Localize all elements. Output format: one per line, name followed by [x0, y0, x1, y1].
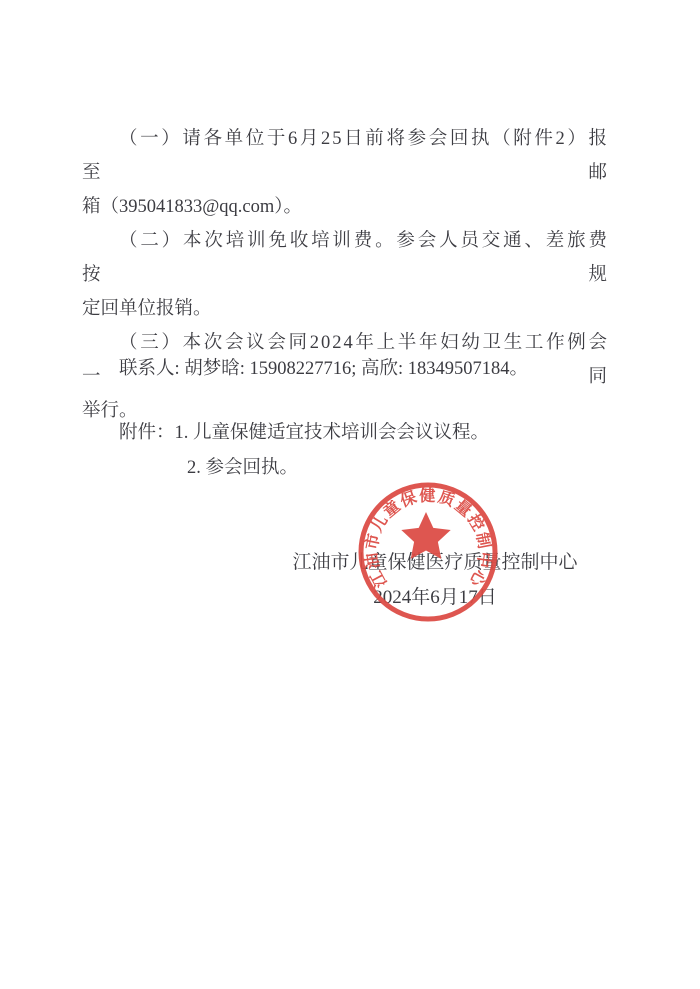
paragraph-2-line-2: 定回单位报销。: [82, 292, 609, 326]
seal-ring: [361, 485, 495, 619]
paragraph-2-line-1: （二）本次培训免收培训费。参会人员交通、差旅费按规: [82, 224, 609, 292]
contact-line: 联系人: 胡梦晗: 15908227716; 高欣: 18349507184。: [82, 352, 609, 386]
document-page: （一）请各单位于6月25日前将参会回执（附件2）报至邮 箱（395041833@…: [0, 0, 700, 989]
attachment-item-2: 2. 参会回执。: [82, 451, 609, 486]
paragraph-1-line-2: 箱（395041833@qq.com）。: [82, 190, 609, 224]
attachment-item-1: 附件：1. 儿童保健适宜技术培训会会议议程。: [82, 416, 609, 451]
official-seal-stamp: 江油市儿童保健质量控制中心: [353, 477, 503, 627]
attachments-list: 附件：1. 儿童保健适宜技术培训会会议议程。 2. 参会回执。: [82, 416, 609, 486]
seal-star-icon: [401, 512, 450, 559]
paragraph-1-line-1: （一）请各单位于6月25日前将参会回执（附件2）报至邮: [82, 122, 609, 190]
